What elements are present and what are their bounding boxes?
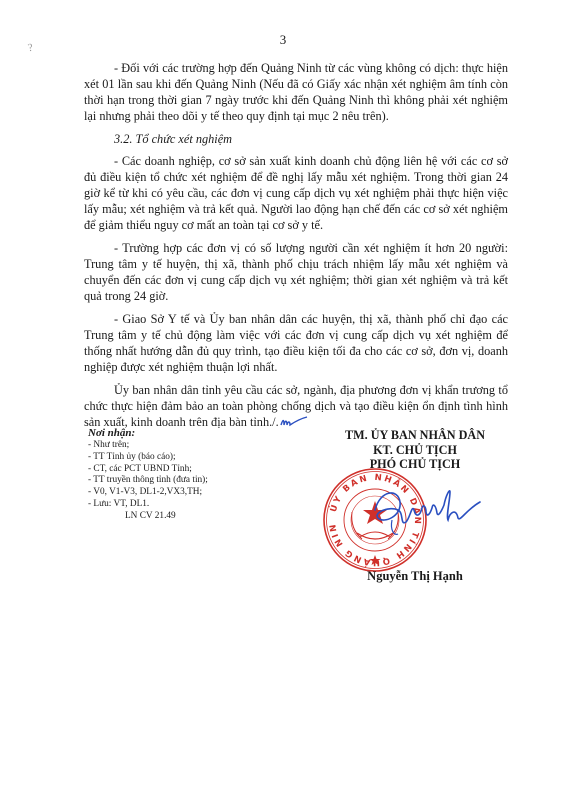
signer-line-2: KT. CHỦ TỊCH <box>300 443 530 458</box>
signer-name: Nguyễn Thị Hạnh <box>300 569 530 584</box>
paragraph-health-dept: - Giao Sở Y tế và Ủy ban nhân dân các hu… <box>84 311 508 375</box>
recipient-item: - Lưu: VT, DL1. <box>88 499 208 511</box>
initials-signature-icon <box>279 415 309 429</box>
recipients-title: Nơi nhận: <box>88 427 208 440</box>
paragraph-small-units: - Trường hợp các đơn vị có số lượng ngườ… <box>84 240 508 304</box>
recipient-item: - Như trên; <box>88 440 208 452</box>
recipients-block: Nơi nhận: - Như trên; - TT Tỉnh ủy (báo … <box>88 427 208 523</box>
paragraph-no-epidemic-areas: - Đối với các trường hợp đến Quảng Ninh … <box>84 60 508 124</box>
paragraph-closing: Ủy ban nhân dân tỉnh yêu cầu các sở, ngà… <box>84 382 508 430</box>
page-number: 3 <box>0 32 566 48</box>
signer-line-1: TM. ỦY BAN NHÂN DÂN <box>300 428 530 443</box>
document-page: ? 3 - Đối với các trường hợp đến Quảng N… <box>0 0 566 800</box>
document-body: - Đối với các trường hợp đến Quảng Ninh … <box>84 60 508 437</box>
signer-block: TM. ỦY BAN NHÂN DÂN KT. CHỦ TỊCH PHÓ CHỦ… <box>300 428 530 472</box>
section-heading-3-2: 3.2. Tổ chức xét nghiệm <box>84 131 508 147</box>
handwritten-signature-icon <box>370 480 490 540</box>
recipient-item: - TT Tỉnh ủy (báo cáo); <box>88 452 208 464</box>
document-code: LN CV 21.49 <box>88 511 208 523</box>
recipient-item: - TT truyền thông tỉnh (đưa tin); <box>88 475 208 487</box>
paragraph-businesses: - Các doanh nghiệp, cơ sở sản xuất kinh … <box>84 153 508 233</box>
recipient-item: - CT, các PCT UBND Tỉnh; <box>88 464 208 476</box>
recipient-item: - V0, V1-V3, DL1-2,VX3,TH; <box>88 487 208 499</box>
